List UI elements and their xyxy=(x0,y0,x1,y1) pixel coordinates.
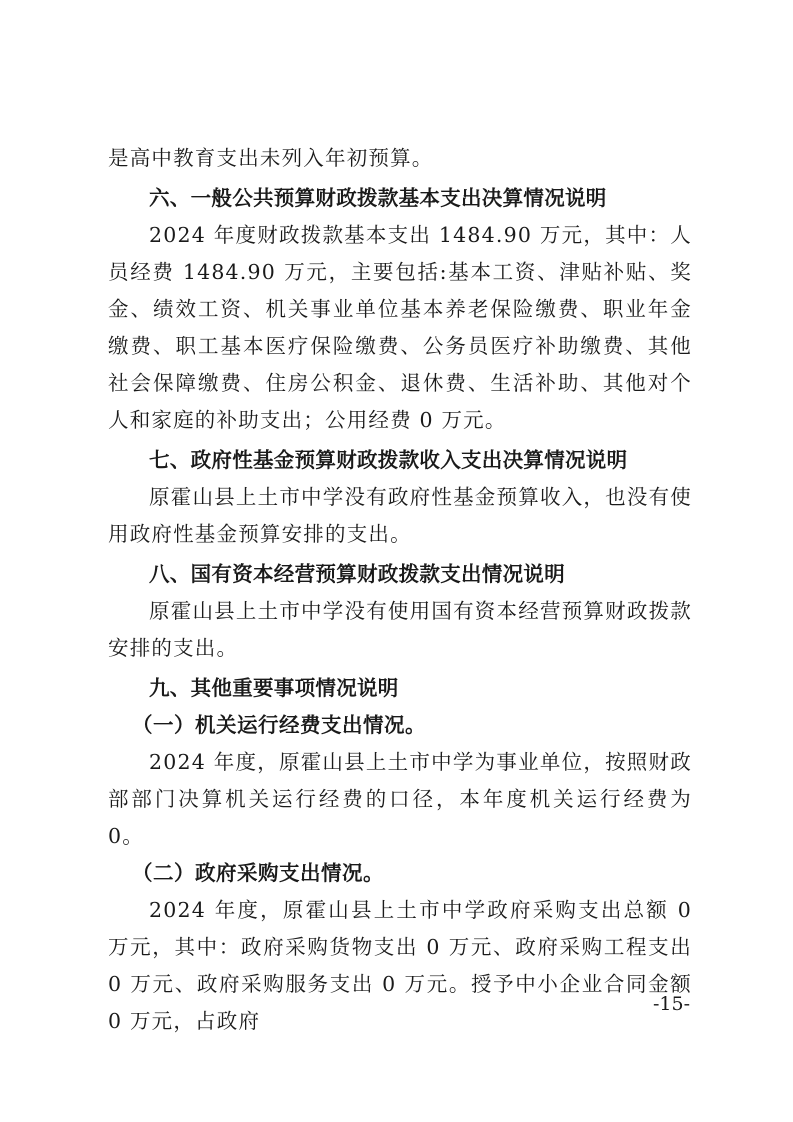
heading-section-7: 七、政府性基金预算财政拨款收入支出决算情况说明 xyxy=(108,442,692,479)
paragraph-continuation: 是高中教育支出未列入年初预算。 xyxy=(108,140,692,177)
paragraph-procurement: 2024 年度，原霍山县上土市中学政府采购支出总额 0 万元，其中：政府采购货物… xyxy=(108,892,692,1040)
paragraph-government-fund: 原霍山县上土市中学没有政府性基金预算收入，也没有使用政府性基金预算安排的支出。 xyxy=(108,479,692,553)
page-number: -15- xyxy=(653,993,690,1015)
heading-section-8: 八、国有资本经营预算财政拨款支出情况说明 xyxy=(108,556,692,593)
subheading-procurement: （二）政府采购支出情况。 xyxy=(108,855,692,892)
paragraph-state-capital: 原霍山县上土市中学没有使用国有资本经营预算财政拨款安排的支出。 xyxy=(108,593,692,667)
paragraph-operating-costs: 2024 年度，原霍山县上土市中学为事业单位，按照财政部部门决算机关运行经费的口… xyxy=(108,744,692,855)
heading-section-6: 六、一般公共预算财政拨款基本支出决算情况说明 xyxy=(108,180,692,217)
heading-section-9: 九、其他重要事项情况说明 xyxy=(108,670,692,707)
document-page: 是高中教育支出未列入年初预算。 六、一般公共预算财政拨款基本支出决算情况说明 2… xyxy=(108,140,692,1040)
paragraph-basic-expenditure: 2024 年度财政拨款基本支出 1484.90 万元，其中：人员经费 1484.… xyxy=(108,217,692,439)
subheading-operating-costs: （一）机关运行经费支出情况。 xyxy=(108,707,692,744)
